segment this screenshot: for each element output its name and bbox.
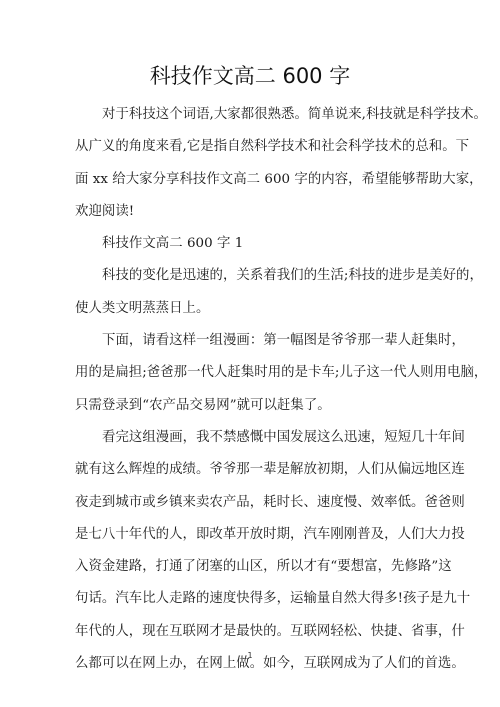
text-line: 看完这组漫画，我不禁感慨中国发展这么迅速，短短几十年间 xyxy=(75,427,435,459)
text-line: 只需登录到“农产品交易网”就可以赶集了。 xyxy=(75,395,435,427)
text-line: 欢迎阅读! xyxy=(75,201,435,233)
text-line: 夜走到城市或乡镇来卖农产品，耗时长、速度慢、效率低。爸爸则 xyxy=(75,492,435,524)
text-line: 句话。汽车比人走路的速度快得多，运输量自然大得多!孩子是九十 xyxy=(75,588,435,620)
document-page: 科技作文高二 600 字 对于科技这个词语,大家都很熟悉。简单说来,科技就是科学… xyxy=(0,0,500,707)
document-body: 对于科技这个词语,大家都很熟悉。简单说来,科技就是科学技术。从广义的角度来看,它… xyxy=(75,104,435,685)
text-line: 对于科技这个词语,大家都很熟悉。简单说来,科技就是科学技术。 xyxy=(75,104,435,136)
text-line: 年代的人，现在互联网才是最快的。互联网轻松、快捷、省事，什 xyxy=(75,621,435,653)
text-line: 用的是扁担;爸爸那一代人赶集时用的是卡车;儿子这一代人则用电脑， xyxy=(75,362,435,394)
document-title: 科技作文高二 600 字 xyxy=(0,60,500,90)
text-line: 科技作文高二 600 字 1 xyxy=(75,233,435,265)
text-line: 下面，请看这样一组漫画：第一幅图是爷爷那一辈人赶集时， xyxy=(75,330,435,362)
text-line: 是七八十年代的人，即改革开放时期，汽车刚刚普及，人们大力投 xyxy=(75,524,435,556)
text-line: 使人类文明蒸蒸日上。 xyxy=(75,298,435,330)
text-line: 就有这么辉煌的成绩。爷爷那一辈是解放初期，人们从偏远地区连 xyxy=(75,459,435,491)
text-line: 科技的变化是迅速的，关系着我们的生活;科技的进步是美好的， xyxy=(75,265,435,297)
page-number: 1 xyxy=(0,651,500,660)
text-line: 入资金建路，打通了闭塞的山区，所以才有“要想富，先修路”这 xyxy=(75,556,435,588)
text-line: 面 xx 给大家分享科技作文高二 600 字的内容，希望能够帮助大家， xyxy=(75,169,435,201)
text-line: 从广义的角度来看,它是指自然科学技术和社会科学技术的总和。下 xyxy=(75,136,435,168)
